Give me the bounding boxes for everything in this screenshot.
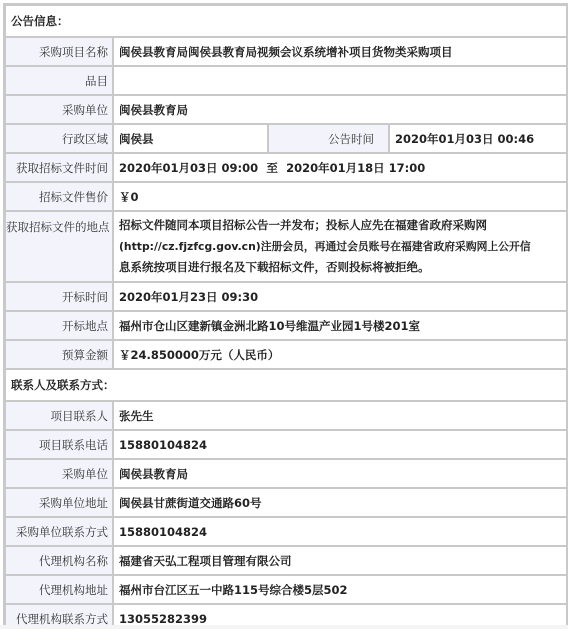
project-name-value: 闽侯县教育局闽侯县教育局视频会议系统增补项目货物类采购项目: [113, 37, 566, 66]
row-purchaser-unit: 采购单位 闽侯县教育局: [6, 459, 566, 488]
field-label: 项目联系人: [6, 401, 113, 430]
field-label: 预算金额: [6, 340, 113, 369]
section-title: 联系人及联系方式：: [6, 369, 566, 401]
row-contact-person: 项目联系人 张先生: [6, 401, 566, 430]
field-label: 采购单位地址: [6, 488, 113, 517]
section-header-announcement: 公告信息：: [6, 6, 566, 37]
row-category: 品目: [6, 66, 566, 95]
doc-location-line: 招标文件随同本项目招标公告一并发布；投标人应先在福建省政府采购网: [119, 215, 560, 236]
row-opening-place: 开标地点 福州市仓山区建新镇金洲北路10号维温产业园1号楼201室: [6, 311, 566, 340]
agency-address-value: 福州市台江区五一中路115号综合楼5层502: [113, 575, 566, 604]
row-doc-price: 招标文件售价 ￥0: [6, 182, 566, 211]
section-title: 公告信息：: [6, 6, 566, 37]
field-label: 代理机构地址: [6, 575, 113, 604]
doc-location-value: 招标文件随同本项目招标公告一并发布；投标人应先在福建省政府采购网 (http:/…: [113, 211, 566, 282]
field-label: 品目: [6, 66, 113, 95]
purchaser-address-value: 闽侯县甘蔗街道交通路60号: [113, 488, 566, 517]
opening-time-value: 2020年01月23日 09:30: [113, 282, 566, 311]
field-label: 采购项目名称: [6, 37, 113, 66]
row-budget: 预算金额 ￥24.850000万元（人民币）: [6, 340, 566, 369]
field-label: 开标地点: [6, 311, 113, 340]
field-label: 获取招标文件的地点: [6, 211, 113, 282]
field-label: 开标时间: [6, 282, 113, 311]
doc-location-line: (http://cz.fjzfcg.gov.cn)注册会员，再通过会员账号在福建…: [119, 236, 560, 257]
announcement-detail-table: 公告信息： 采购项目名称 闽侯县教育局闽侯县教育局视频会议系统增补项目货物类采购…: [3, 3, 568, 629]
contact-phone-value: 15880104824: [113, 430, 566, 459]
field-label: 采购单位: [6, 95, 113, 124]
doc-time-end: 2020年01月18日 17:00: [286, 161, 425, 175]
row-doc-time: 获取招标文件时间 2020年01月03日 09:00至2020年01月18日 1…: [6, 153, 566, 182]
row-purchaser-address: 采购单位地址 闽侯县甘蔗街道交通路60号: [6, 488, 566, 517]
doc-location-line: 息系统按项目进行报名及下载招标文件，否则投标将被拒绝。: [119, 257, 560, 278]
field-label: 项目联系电话: [6, 430, 113, 459]
doc-price-value: ￥0: [113, 182, 566, 211]
field-label: 获取招标文件时间: [6, 153, 113, 182]
page-bottom-edge: [0, 625, 568, 629]
doc-time-value: 2020年01月03日 09:00至2020年01月18日 17:00: [113, 153, 566, 182]
field-label: 招标文件售价: [6, 182, 113, 211]
purchaser-contact-value: 15880104824: [113, 517, 566, 546]
publish-time-label: 公告时间: [268, 124, 389, 153]
publish-time-value: 2020年01月03日 00:46: [389, 124, 566, 153]
field-label: 代理机构名称: [6, 546, 113, 575]
doc-time-start: 2020年01月03日 09:00: [119, 161, 258, 175]
contact-person-value: 张先生: [113, 401, 566, 430]
row-purchaser-contact: 采购单位联系方式 15880104824: [6, 517, 566, 546]
row-doc-location: 获取招标文件的地点 招标文件随同本项目招标公告一并发布；投标人应先在福建省政府采…: [6, 211, 566, 282]
row-project-name: 采购项目名称 闽侯县教育局闽侯县教育局视频会议系统增补项目货物类采购项目: [6, 37, 566, 66]
budget-value: ￥24.850000万元（人民币）: [113, 340, 566, 369]
row-purchaser: 采购单位 闽侯县教育局: [6, 95, 566, 124]
agency-name-value: 福建省天弘工程项目管理有限公司: [113, 546, 566, 575]
row-region: 行政区域 闽侯县 公告时间 2020年01月03日 00:46: [6, 124, 566, 153]
purchaser-value: 闽侯县教育局: [113, 95, 566, 124]
opening-place-value: 福州市仓山区建新镇金洲北路10号维温产业园1号楼201室: [113, 311, 566, 340]
purchaser-unit-value: 闽侯县教育局: [113, 459, 566, 488]
row-contact-phone: 项目联系电话 15880104824: [6, 430, 566, 459]
row-opening-time: 开标时间 2020年01月23日 09:30: [6, 282, 566, 311]
region-value: 闽侯县: [113, 124, 268, 153]
field-label: 采购单位: [6, 459, 113, 488]
field-label: 采购单位联系方式: [6, 517, 113, 546]
doc-time-separator: 至: [262, 160, 282, 176]
field-label: 行政区域: [6, 124, 113, 153]
row-agency-address: 代理机构地址 福州市台江区五一中路115号综合楼5层502: [6, 575, 566, 604]
section-header-contacts: 联系人及联系方式：: [6, 369, 566, 401]
row-agency-name: 代理机构名称 福建省天弘工程项目管理有限公司: [6, 546, 566, 575]
category-value: [113, 66, 566, 95]
